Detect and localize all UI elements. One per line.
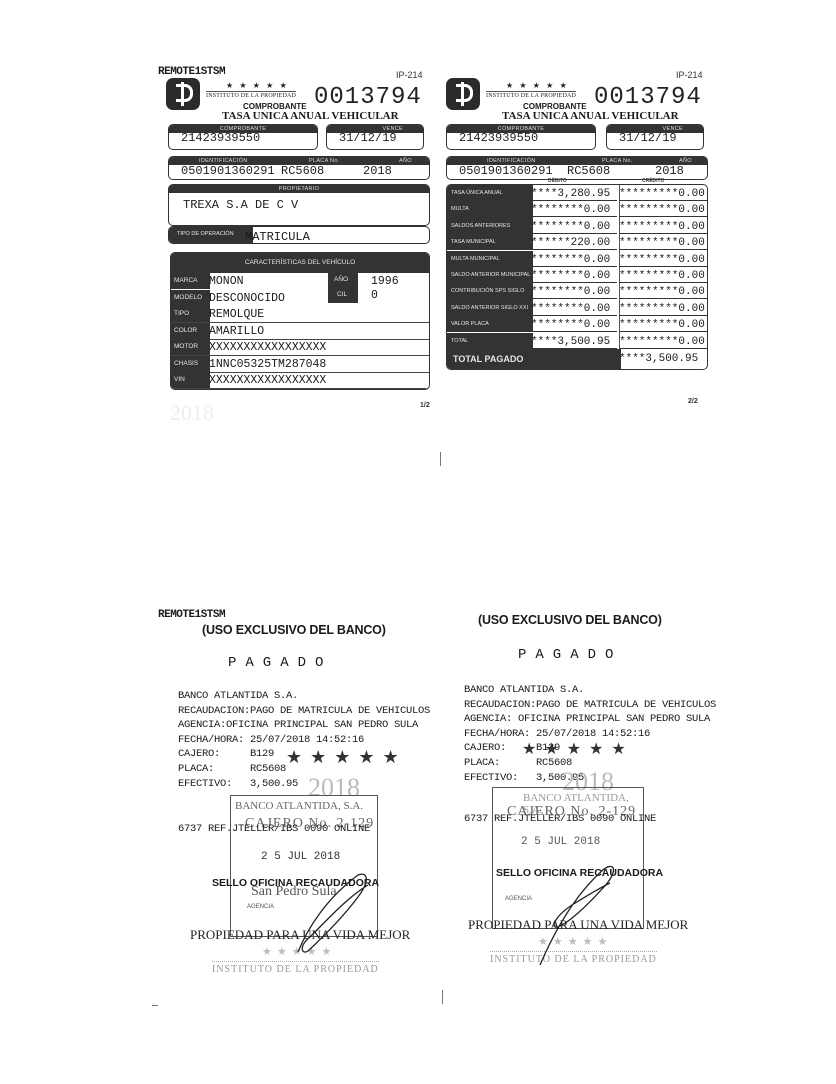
vehicle-section-title: CARACTERÍSTICAS DEL VEHÍCULO [171, 253, 429, 273]
charge-label: SALDO ANTERIOR SIGLO XXI [447, 300, 533, 316]
charge-label: SALDOS ANTERIORES [447, 218, 533, 234]
receipt-right: (USO EXCLUSIVO DEL BANCO) PAGADO BANCO A… [462, 605, 742, 985]
vehicle-row: VINXXXXXXXXXXXXXXXXX [171, 372, 429, 389]
receipt-left: REMOTE1STSM (USO EXCLUSIVO DEL BANCO) PA… [158, 605, 448, 985]
receipt-number: 0013794 [594, 84, 702, 111]
charge-row: SALDO ANTERIOR MUNICIPAL********0.00****… [447, 267, 707, 283]
institution-logo-icon [166, 78, 200, 110]
stars-icon: ★★★★★ [522, 739, 634, 759]
vehicle-field-value: REMOLQUE [209, 308, 264, 321]
doc-title: TASA UNICA ANUAL VEHICULAR [502, 110, 679, 122]
vehicle-field-label: MODELO [171, 290, 210, 306]
propietario-value: TREXA S.A DE C V [169, 193, 429, 211]
vehicle-field-label: COLOR [171, 323, 210, 339]
institution-logo-icon [446, 78, 480, 110]
stars-icon: ★★★★★ [286, 747, 407, 768]
charge-credito: *********0.00 [619, 204, 708, 217]
scan-mark [152, 1005, 158, 1006]
stamp-date: 2 5 JUL 2018 [521, 836, 600, 848]
charge-label: VALOR PLACA [447, 316, 533, 332]
scan-mark [440, 452, 441, 466]
comprobante-field: COMPROBANTE 21423939550 [168, 124, 318, 150]
charge-debito: ****3,500.95 [531, 336, 617, 349]
charge-credito: *********0.00 [619, 336, 708, 349]
vehicle-field-label: MARCA [171, 273, 210, 289]
charge-debito: ******220.00 [531, 237, 617, 250]
vehicle-field-label: MOTOR [171, 339, 210, 355]
stars-icon: ★ ★ ★ ★ ★ [226, 81, 289, 90]
vehicle-field-value: DESCONOCIDO [209, 292, 285, 305]
payment-status: PAGADO [518, 647, 622, 663]
vehicle-field-value: XXXXXXXXXXXXXXXXX [209, 341, 326, 354]
vehicle-row: CHASIS1NNC05325TM287048 [171, 356, 429, 373]
charge-row: TOTAL****3,500.95*********0.00 [447, 333, 707, 349]
total-pagado-label: TOTAL PAGADO [447, 349, 621, 369]
ticket-left: REMOTE1STSM IP-214 ★ ★ ★ ★ ★ INSTITUTO D… [158, 64, 433, 414]
charge-credito: *********0.00 [619, 303, 708, 316]
charge-row: MULTA********0.00*********0.00 [447, 201, 707, 217]
identificacion-field: IDENTIFICACIÓN PLACA No. AÑO 05019013602… [446, 156, 708, 180]
stamp-agency: AGENCIA [505, 896, 532, 902]
charge-credito: *********0.00 [619, 286, 708, 299]
comprobante-value: 21423939550 [447, 132, 595, 144]
vehicle-row: MOTORXXXXXXXXXXXXXXXXX [171, 339, 429, 356]
charge-label: SALDO ANTERIOR MUNICIPAL [447, 267, 533, 283]
receipt-number: 0013794 [314, 84, 422, 111]
charge-label: TASA ÚNICA ANUAL [447, 185, 533, 201]
vehicle-row: COLORAMARILLO [171, 323, 429, 340]
vehicle-row: TIPOREMOLQUE [171, 306, 429, 323]
receipt-line: BANCO ATLANTIDA S.A. [178, 689, 430, 704]
doc-title: TASA UNICA ANUAL VEHICULAR [222, 110, 399, 122]
tipo-operacion-value: MATRICULA [245, 230, 310, 244]
form-code: IP-214 [676, 70, 703, 80]
institution-name: INSTITUTO DE LA PROPIEDAD [486, 91, 576, 99]
charge-debito: ****3,280.95 [531, 188, 617, 201]
vehicle-field-value: XXXXXXXXXXXXXXXXX [209, 374, 326, 387]
system-label: REMOTE1STSM [158, 609, 225, 621]
charge-row: SALDO ANTERIOR SIGLO XXI********0.00****… [447, 300, 707, 316]
charge-credito: *********0.00 [619, 270, 708, 283]
signature [532, 857, 622, 967]
receipt-line: EFECTIVO: 3,500.95 [178, 777, 430, 792]
identificacion-value: 0501901360291 [447, 165, 553, 177]
propietario-field: PROPIETARIO TREXA S.A DE C V [168, 184, 430, 226]
stamp-date: 2 5 JUL 2018 [261, 851, 340, 863]
charge-label: CONTRIBUCIÓN SPS SIGLO XXI [447, 283, 533, 299]
charge-debito: ********0.00 [531, 254, 617, 267]
receipt-lines: BANCO ATLANTIDA S.A.RECAUDACION:PAGO DE … [178, 689, 430, 791]
placa-value: RC5608 [269, 165, 324, 177]
charge-rows: TASA ÚNICA ANUAL****3,280.95*********0.0… [447, 185, 707, 369]
vehicle-row: MARCAMONON [171, 273, 429, 289]
page-number: 1/2 [420, 402, 430, 409]
receipt-line: RECAUDACION:PAGO DE MATRICULA DE VEHICUL… [464, 698, 716, 713]
institution-name: INSTITUTO DE LA PROPIEDAD [206, 91, 296, 99]
charge-label: TOTAL [447, 333, 533, 349]
vehicle-field-value: MONON [209, 275, 244, 288]
receipt-line: AGENCIA:OFICINA PRINCIPAL SAN PEDRO SULA [178, 718, 430, 733]
signature [288, 867, 378, 957]
scan-mark [442, 990, 443, 1004]
charge-debito: ********0.00 [531, 204, 617, 217]
charge-row: MULTA MUNICIPAL********0.00*********0.00 [447, 251, 707, 267]
form-code: IP-214 [396, 70, 423, 80]
vehicle-row: MODELODESCONOCIDO [171, 290, 429, 306]
stamp-bank: BANCO ATLANTIDA, S.A. [235, 800, 363, 812]
vehicle-field-value: 1NNC05325TM287048 [209, 358, 326, 371]
bank-use-header: (USO EXCLUSIVO DEL BANCO) [202, 623, 386, 637]
charge-credito: *********0.00 [619, 237, 708, 250]
charge-debito: ********0.00 [531, 221, 617, 234]
tipo-operacion-label: TIPO DE OPERACIÓN [169, 227, 253, 243]
receipt-line: BANCO ATLANTIDA S.A. [464, 683, 716, 698]
charge-credito: *********0.00 [619, 319, 708, 332]
charge-row: TASA MUNICIPAL******220.00*********0.00 [447, 234, 707, 250]
identificacion-field: IDENTIFICACIÓN PLACA No. AÑO 05019013602… [168, 156, 430, 180]
charges-table: TASA ÚNICA ANUAL****3,280.95*********0.0… [446, 184, 708, 370]
vence-value: 31/12/19 [607, 132, 703, 144]
charge-debito: ********0.00 [531, 319, 617, 332]
institution-name: INSTITUTO DE LA PROPIEDAD [212, 961, 379, 975]
vehicle-rows: AÑO 1996 CIL 0 MARCAMONONMODELODESCONOCI… [171, 273, 429, 389]
vehicle-field-label: VIN [171, 372, 210, 388]
vence-field: VENCE 31/12/19 [326, 124, 424, 150]
anio-label: AÑO [399, 157, 412, 165]
comprobante-value: 21423939550 [169, 132, 317, 144]
total-pagado-row: TOTAL PAGADO ****3,500.95 [447, 349, 707, 369]
receipt-line: AGENCIA: OFICINA PRINCIPAL SAN PEDRO SUL… [464, 712, 716, 727]
receipt-line: FECHA/HORA: 25/07/2018 14:52:16 [178, 733, 430, 748]
charge-debito: ********0.00 [531, 303, 617, 316]
page-number: 2/2 [688, 398, 698, 405]
vence-value: 31/12/19 [327, 132, 423, 144]
vehicle-field-value: AMARILLO [209, 325, 264, 338]
stars-icon: ★ ★ ★ ★ ★ [506, 81, 569, 90]
bank-use-header: (USO EXCLUSIVO DEL BANCO) [478, 613, 662, 627]
charge-row: CONTRIBUCIÓN SPS SIGLO XXI********0.00**… [447, 283, 707, 299]
charge-row: SALDOS ANTERIORES********0.00*********0.… [447, 218, 707, 234]
identificacion-value: 0501901360291 [169, 165, 275, 177]
bank-reference: 6737 REF.JTELLER/IBS 0090 ONLINE [464, 813, 656, 825]
charge-label: MULTA MUNICIPAL [447, 251, 533, 267]
anio-value: 2018 [643, 165, 684, 177]
receipt-line: RECAUDACION:PAGO DE MATRICULA DE VEHICUL… [178, 704, 430, 719]
charge-row: VALOR PLACA********0.00*********0.00 [447, 316, 707, 332]
charge-credito: *********0.00 [619, 254, 708, 267]
system-label: REMOTE1STSM [158, 66, 225, 78]
charge-debito: ********0.00 [531, 286, 617, 299]
bank-reference: 6737 REF.JTELLER/IBS 0090 ONLINE [178, 823, 370, 835]
placa-value: RC5608 [555, 165, 610, 177]
vehicle-field-label: CHASIS [171, 356, 210, 372]
vence-field: VENCE 31/12/19 [606, 124, 704, 150]
stamp-agency: AGENCIA [247, 904, 274, 910]
propietario-label: PROPIETARIO [169, 185, 429, 193]
vehicle-field-label: TIPO [171, 306, 210, 322]
comprobante-field: COMPROBANTE 21423939550 [446, 124, 596, 150]
charge-credito: *********0.00 [619, 188, 708, 201]
payment-status: PAGADO [228, 655, 332, 671]
anio-value: 2018 [351, 165, 392, 177]
charge-row: TASA ÚNICA ANUAL****3,280.95*********0.0… [447, 185, 707, 201]
total-pagado-value: ****3,500.95 [619, 353, 698, 365]
watermark-year: 2018 [170, 400, 214, 426]
vehicle-characteristics: CARACTERÍSTICAS DEL VEHÍCULO AÑO 1996 CI… [170, 252, 430, 390]
ticket-right: IP-214 ★ ★ ★ ★ ★ INSTITUTO DE LA PROPIED… [438, 64, 713, 414]
tipo-operacion-field: TIPO DE OPERACIÓN MATRICULA [168, 226, 430, 244]
charge-debito: ********0.00 [531, 270, 617, 283]
charge-label: TASA MUNICIPAL [447, 234, 533, 250]
charge-label: MULTA [447, 201, 533, 217]
charge-credito: *********0.00 [619, 221, 708, 234]
